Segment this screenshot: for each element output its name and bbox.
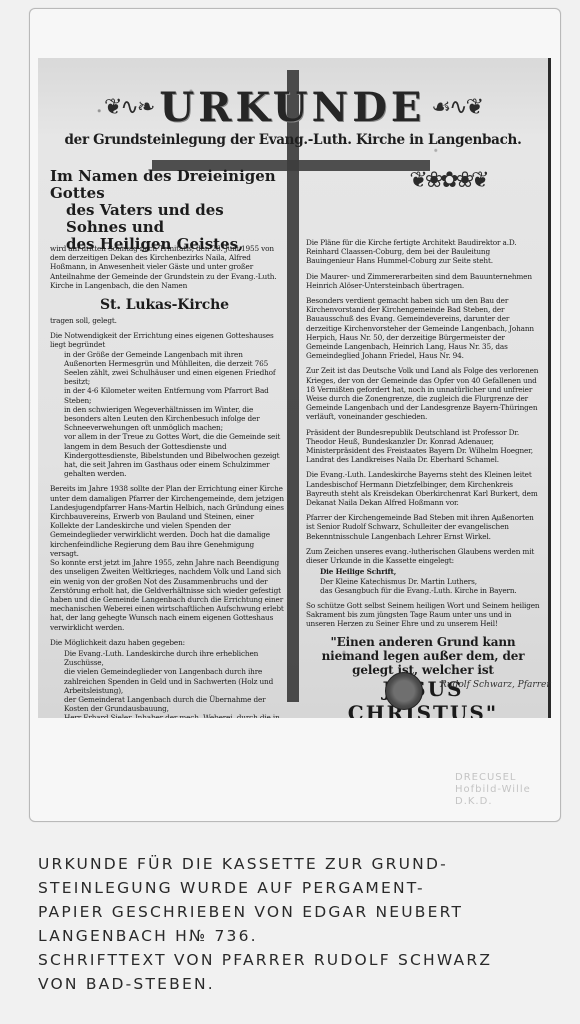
necessity-item: in den schwierigen Wegeverhältnissen im … [50,405,284,433]
caption-line: Schrifttext von Pfarrer Rudolf Schwarz [38,948,558,972]
caption-line: Langenbach H№ 736. [38,924,558,948]
left-column: wird am dritten Sonntag nach Trinitatis,… [50,244,284,718]
church-seal-icon [385,672,423,710]
signature: Rudolf Schwarz, Pfarrer [440,680,551,690]
flourish-right-icon: ☙∿❦ [431,95,482,120]
church-name: St. Lukas-Kirche [50,296,284,314]
necessity-item: in der 4-6 Kilometer weiten Entfernung v… [50,386,284,404]
flourish-left-icon: ❦∿❧ [104,95,153,120]
history-1955-paragraph: So konnte erst jetzt im Jahre 1955, zehn… [50,558,284,632]
possibility-item: Die Evang.-Luth. Landeskirche durch ihre… [50,649,284,667]
church-leadership-paragraph: Die Evang.-Luth. Landeskirche Bayerns st… [306,470,540,507]
necessity-item: in der Größe der Gemeinde Langenbach mit… [50,350,284,387]
box-item: Die Heilige Schrift, [306,567,540,576]
caption-line: steinlegung wurde auf Pergament- [38,876,558,900]
photographer-stamp: DRECUSEL Hofbild-Wille D.K.D. [455,772,555,808]
possibility-intro: Die Möglichkeit dazu haben gegeben: [50,638,284,647]
scripture-quote: "Einen anderen Grund kann niemand legen … [306,635,540,677]
invocation-line: Im Namen des Dreieinigen Gottes [50,168,280,202]
builder-paragraph: Die Maurer- und Zimmererarbeiten sind de… [306,272,540,290]
officials-paragraph: Präsident der Bundesrepublik Deutschland… [306,428,540,465]
possibility-item: die vielen Gemeindeglieder von Langenbac… [50,667,284,695]
blessing-paragraph: So schütze Gott selbst Seinem heiligen W… [306,601,540,629]
caption-line: papier geschrieben von Edgar Neubert [38,900,558,924]
possibility-item: der Gemeinderat Langenbach durch die Übe… [50,695,284,713]
document-subtitle: der Grundsteinlegung der Evang.-Luth. Ki… [38,132,548,148]
certificate-document: ❦∿❧ URKUNDE ☙∿❦ der Grundsteinlegung der… [38,58,551,718]
merits-paragraph: Besonders verdient gemacht haben sich um… [306,296,540,360]
box-item: Der Kleine Katechismus Dr. Martin Luther… [306,577,540,586]
after-name-text: tragen soll, gelegt. [50,316,284,325]
document-title: URKUNDE [159,84,425,131]
necessity-intro: Die Notwendigkeit der Errichtung eines e… [50,331,284,349]
invocation-line: des Vaters und des Sohnes und [50,202,280,236]
history-1938-paragraph: Bereits im Jahre 1938 sollte der Plan de… [50,484,284,558]
caption-line: von Bad-Steben. [38,972,558,996]
pastor-paragraph: Pfarrer der Kirchengemeinde Bad Steben m… [306,513,540,541]
stamp-line: DRECUSEL [455,772,555,784]
possibility-item: Herr Erhard Sieler, Inhaber der mech. We… [50,713,284,718]
title-row: ❦∿❧ URKUNDE ☙∿❦ [38,82,548,132]
caption-line: Urkunde für die Kassette zur Grund- [38,852,558,876]
box-item: das Gesangbuch für die Evang.-Luth. Kirc… [306,586,540,595]
intro-paragraph: wird am dritten Sonntag nach Trinitatis,… [50,244,284,290]
stamp-line: D.K.D. [455,796,555,808]
right-column: Die Pläne für die Kirche fertigte Archit… [306,238,540,718]
necessity-item: vor allem in der Treue zu Gottes Wort, d… [50,432,284,478]
box-intro: Zum Zeichen unseres evang.-lutherischen … [306,547,540,565]
floral-ornament-icon: ❦❀✿❀❦ [348,168,548,193]
times-paragraph: Zur Zeit ist das Deutsche Volk und Land … [306,366,540,421]
architect-paragraph: Die Pläne für die Kirche fertigte Archit… [306,238,540,266]
stamp-line: Hofbild-Wille [455,784,555,796]
invocation: Im Namen des Dreieinigen Gottes des Vate… [50,168,280,253]
handwritten-caption: Urkunde für die Kassette zur Grund- stei… [38,852,558,996]
